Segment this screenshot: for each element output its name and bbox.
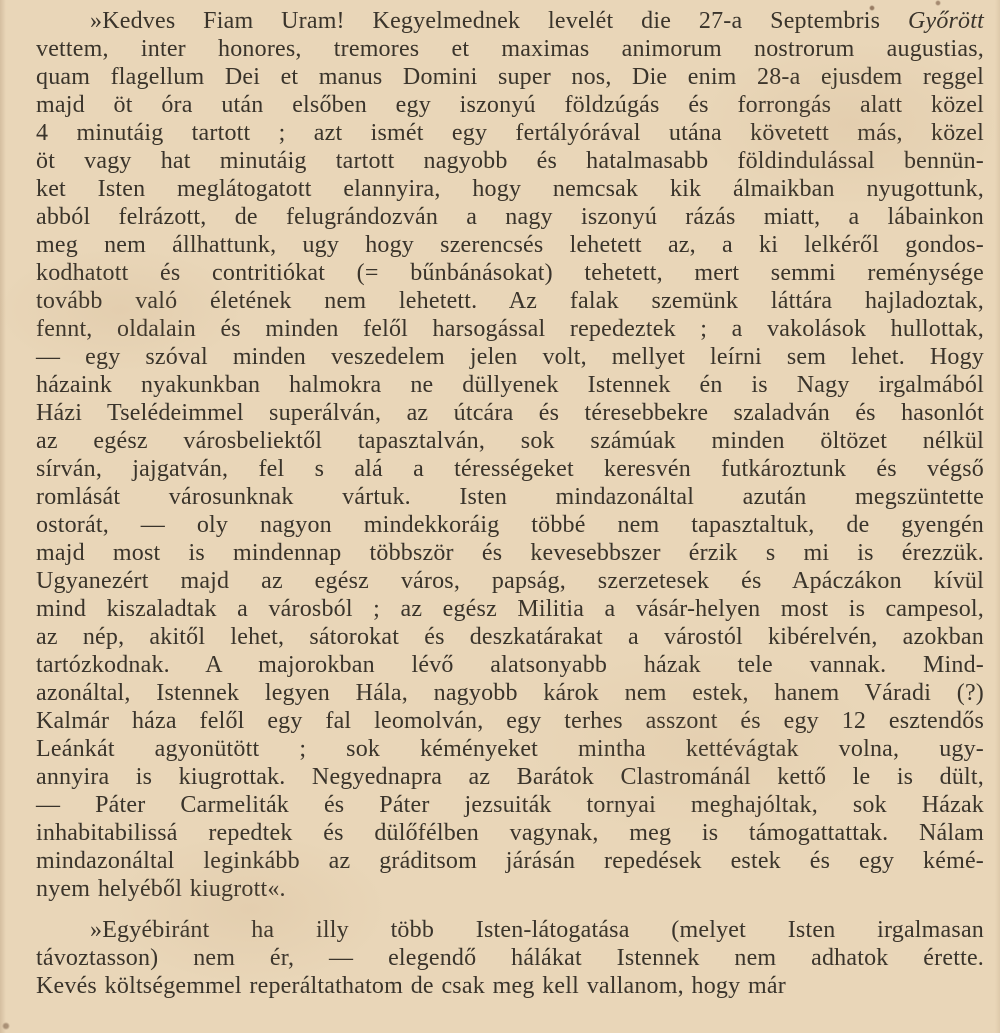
- scanned-book-page: »Kedves Fiam Uram! Kegyelmednek levelét …: [0, 0, 1000, 1033]
- text-line: »Egyébiránt ha illy több Isten-látogatás…: [36, 916, 984, 944]
- text-line: az nép, akitől lehet, sátorokat és deszk…: [36, 623, 984, 651]
- text-segment: »Kedves Fiam Uram! Kegyelmednek levelét …: [90, 8, 908, 34]
- text-line: fennt, oldalain és minden felől harsogás…: [36, 315, 984, 343]
- text-line: vettem, inter honores, tremores et maxim…: [36, 35, 984, 63]
- text-line: öt vagy hat minutáig tartott nagyobb és …: [36, 147, 984, 175]
- text-line: abból felrázott, de felugrándozván a nag…: [36, 203, 984, 231]
- text-line: 4 minutáig tartott ; azt ismét egy fertá…: [36, 119, 984, 147]
- text-line: távoztasson) nem ér, — elegendő hálákat …: [36, 944, 984, 972]
- text-line: inhabitabilissá repedtek és dülőfélben v…: [36, 819, 984, 847]
- paragraph: »Egyébiránt ha illy több Isten-látogatás…: [36, 916, 984, 1000]
- letter-text-body: »Kedves Fiam Uram! Kegyelmednek levelét …: [36, 7, 984, 1000]
- text-line: Leánkát agyonütött ; sok kéményeket mint…: [36, 735, 984, 763]
- text-line: sírván, jajgatván, fel s alá a téressége…: [36, 455, 984, 483]
- text-line: annyira is kiugrottak. Negyednapra az Ba…: [36, 763, 984, 791]
- text-line: tartózkodnak. A majorokban lévő alatsony…: [36, 651, 984, 679]
- text-line: »Kedves Fiam Uram! Kegyelmednek levelét …: [36, 7, 984, 35]
- text-line: tovább való életének nem lehetett. Az fa…: [36, 287, 984, 315]
- paragraph: »Kedves Fiam Uram! Kegyelmednek levelét …: [36, 7, 984, 903]
- text-line: majd öt óra után elsőben egy iszonyú föl…: [36, 91, 984, 119]
- text-line: kodhatott és contritiókat (= bűnbánásoka…: [36, 259, 984, 287]
- text-line: házaink nyakunkban halmokra ne düllyenek…: [36, 371, 984, 399]
- text-line: quam flagellum Dei et manus Domini super…: [36, 63, 984, 91]
- text-line: Házi Tselédeimmel superálván, az útcára …: [36, 399, 984, 427]
- text-line: mindazonáltal leginkább az gráditsom jár…: [36, 847, 984, 875]
- text-line: Ugyanezért majd az egész város, papság, …: [36, 567, 984, 595]
- text-line: mind kiszaladtak a városból ; az egész M…: [36, 595, 984, 623]
- italic-place-name: Győrött: [908, 8, 984, 34]
- text-line: romlását városunknak vártuk. Isten minda…: [36, 483, 984, 511]
- text-line: ket Isten meglátogatott elannyira, hogy …: [36, 175, 984, 203]
- text-line: azonáltal, Istennek legyen Hála, nagyobb…: [36, 679, 984, 707]
- text-line: az egész városbeliektől tapasztalván, so…: [36, 427, 984, 455]
- text-line: — egy szóval minden veszedelem jelen vol…: [36, 343, 984, 371]
- text-line: ostorát, — oly nagyon mindekkoráig többé…: [36, 511, 984, 539]
- text-line: nyem helyéből kiugrott«.: [36, 875, 984, 903]
- text-line: Kalmár háza felől egy fal leomolván, egy…: [36, 707, 984, 735]
- text-line: — Páter Carmeliták és Páter jezsuiták to…: [36, 791, 984, 819]
- text-line: Kevés költségemmel reperáltathatom de cs…: [36, 972, 984, 1000]
- text-line: majd most is mindennap többször és keves…: [36, 539, 984, 567]
- text-line: meg nem állhattunk, ugy hogy szerencsés …: [36, 231, 984, 259]
